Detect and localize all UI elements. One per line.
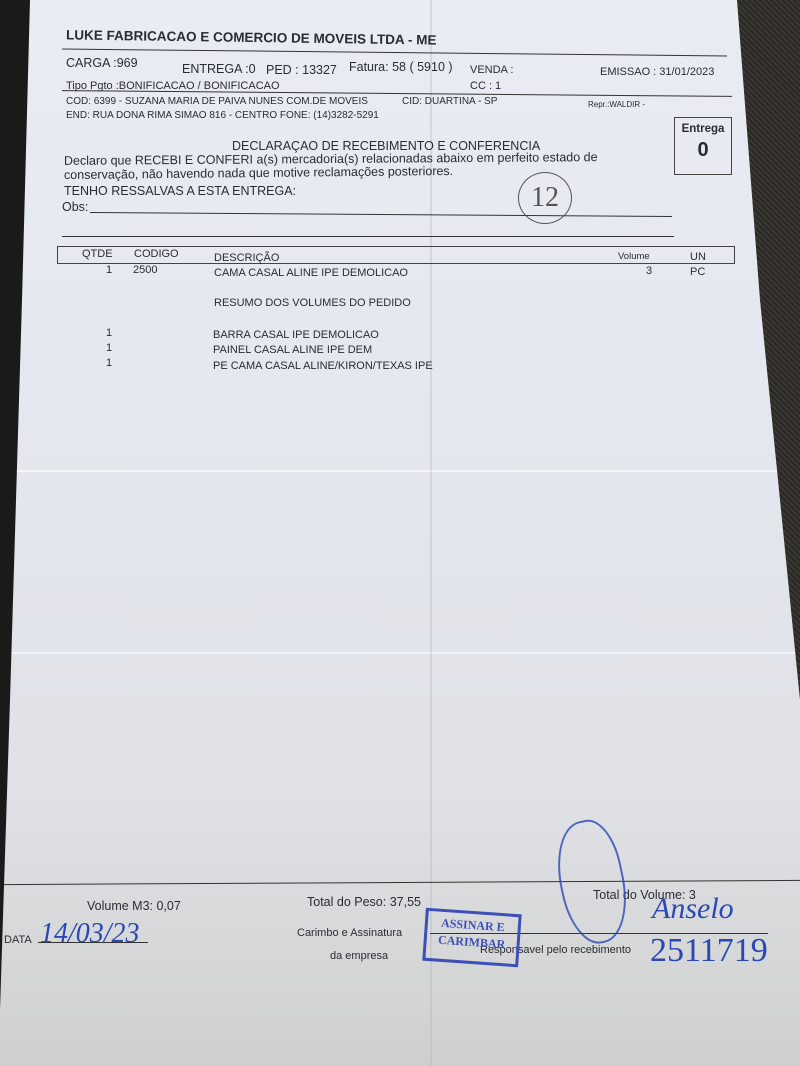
paper-fold [0, 652, 800, 654]
handwritten-number: 2511719 [650, 932, 768, 970]
total-peso: Total do Peso: 37,55 [307, 895, 421, 909]
client-code-field: COD: 6399 - SUZANA MARIA DE PAIVA NUNES … [66, 96, 368, 107]
emissao-field: EMISSAO : 31/01/2023 [600, 66, 714, 78]
row-un: PC [690, 266, 705, 278]
ped-field: PED : 13327 [266, 63, 337, 77]
obs-line [90, 212, 672, 217]
column-header-descricao: DESCRIÇÃO [214, 252, 279, 264]
cc-field: CC : 1 [470, 80, 501, 92]
city-field: CID: DUARTINA - SP [402, 96, 497, 107]
address-field: END: RUA DONA RIMA SIMAO 816 - CENTRO FO… [66, 110, 379, 121]
summary-qtde: 1 [106, 327, 112, 339]
fatura-field: Fatura: 58 ( 5910 ) [349, 60, 453, 74]
header-rule [62, 49, 727, 57]
handwritten-signature: Anselo [652, 892, 734, 926]
row-qtde: 1 [106, 264, 112, 276]
declaration-line-2: conservação, não havendo nada que motive… [64, 164, 453, 182]
obs-label: Obs: [62, 200, 88, 214]
row-codigo: 2500 [133, 264, 157, 276]
handwritten-date: 14/03/23 [40, 918, 140, 950]
obs-line [62, 236, 674, 237]
assinar-carimbar-stamp: ASSINAR E CARIMBAR [422, 908, 521, 968]
venda-field: VENDA : [470, 64, 513, 76]
column-header-volume: Volume [618, 251, 650, 262]
carga-field: CARGA :969 [66, 56, 138, 70]
summary-qtde: 1 [106, 342, 112, 354]
summary-title: RESUMO DOS VOLUMES DO PEDIDO [214, 297, 411, 309]
entrega-box-label: Entrega [675, 123, 731, 135]
representative-field: Repr.:WALDIR - [588, 100, 645, 109]
handwritten-circled-number: 12 [518, 172, 572, 224]
summary-qtde: 1 [106, 357, 112, 369]
entrega-box-value: 0 [675, 139, 731, 162]
paper-fold [0, 470, 800, 472]
footer-rule [0, 880, 800, 885]
handwritten-signature-scribble [548, 815, 636, 950]
column-header-qtde: QTDE [82, 248, 113, 260]
carimbo-label-2: da empresa [330, 950, 388, 962]
declaration-line-3: TENHO RESSALVAS A ESTA ENTREGA: [64, 184, 296, 198]
summary-descricao: BARRA CASAL IPE DEMOLICAO [213, 329, 379, 341]
column-header-un: UN [690, 251, 706, 263]
carimbo-label: Carimbo e Assinatura [297, 927, 402, 939]
entrega-field: ENTREGA :0 [182, 62, 256, 76]
row-descricao: CAMA CASAL ALINE IPE DEMOLICAO [214, 267, 408, 279]
summary-descricao: PAINEL CASAL ALINE IPE DEM [213, 344, 372, 356]
entrega-box: Entrega 0 [674, 117, 732, 175]
column-header-codigo: CODIGO [134, 248, 179, 260]
data-label: DATA [4, 934, 32, 946]
company-name: LUKE FABRICACAO E COMERCIO DE MOVEIS LTD… [66, 27, 437, 47]
summary-descricao: PE CAMA CASAL ALINE/KIRON/TEXAS IPE [213, 360, 433, 372]
row-volume: 3 [646, 265, 652, 277]
delivery-receipt-document: LUKE FABRICACAO E COMERCIO DE MOVEIS LTD… [0, 0, 800, 1066]
volume-m3: Volume M3: 0,07 [87, 899, 181, 913]
